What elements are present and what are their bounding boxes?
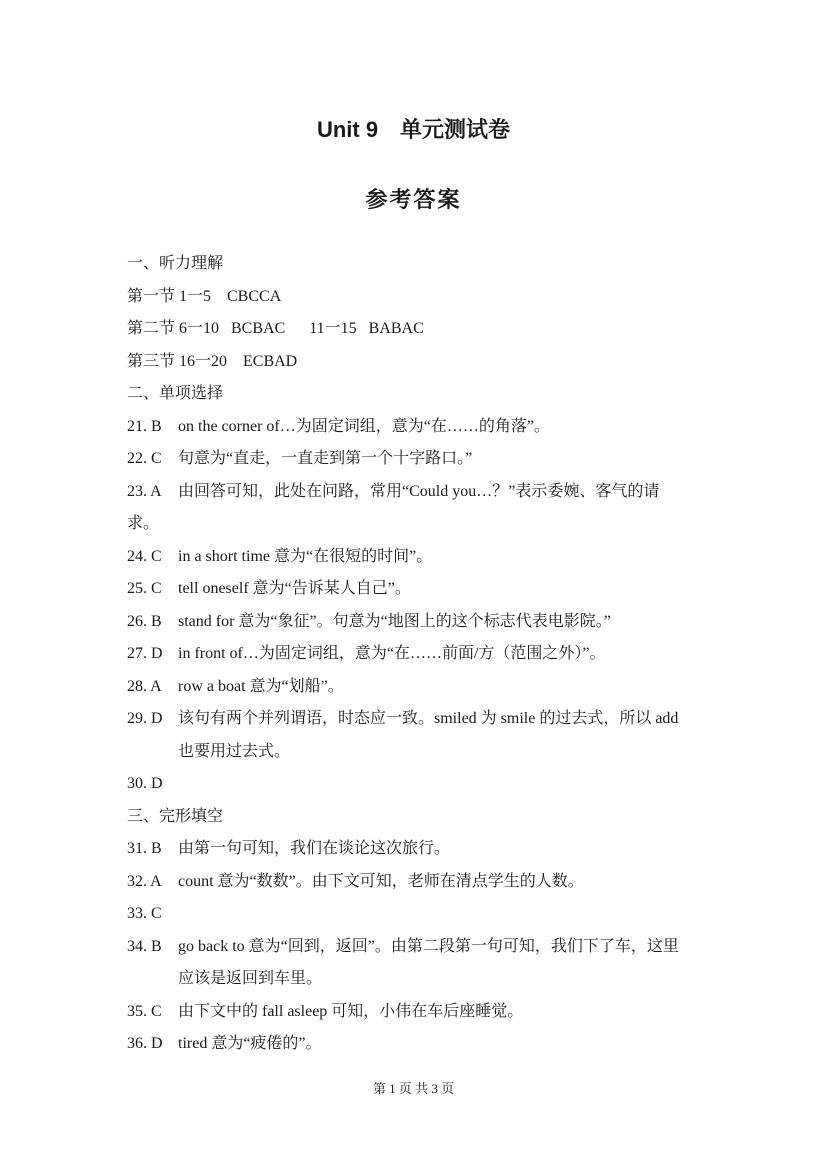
section-heading-cloze: 三、完形填空 (127, 801, 747, 834)
answer-label: 33. C (127, 898, 178, 931)
answer-explanation: count 意为“数数”。由下文可知，老师在清点学生的人数。 (178, 866, 584, 899)
answer-continuation-line: 应该是返回到车里。 (127, 963, 747, 996)
answer-item: 23. A 由回答可知，此处在问路，常用“Could you…？”表示委婉、客气… (127, 476, 747, 509)
answer-label: 28. A (127, 671, 178, 704)
answer-label: 32. A (127, 866, 178, 899)
answer-key-page: Unit 9 单元测试卷 参考答案 一、听力理解 第一节 1一5 CBCCA 第… (0, 0, 827, 1169)
answer-label: 24. C (127, 541, 178, 574)
listening-answer-line: 第一节 1一5 CBCCA (127, 281, 747, 314)
answer-item: 35. C 由下文中的 fall asleep 可知，小伟在车后座睡觉。 (127, 996, 747, 1029)
answer-label: 21. B (127, 411, 178, 444)
answer-label: 25. C (127, 573, 178, 606)
answer-label: 34. B (127, 931, 178, 964)
answer-item: 31. B 由第一句可知，我们在谈论这次旅行。 (127, 833, 747, 866)
answer-label: 23. A (127, 476, 178, 509)
answer-item: 25. C tell oneself 意为“告诉某人自己”。 (127, 573, 747, 606)
answer-label: 26. B (127, 606, 178, 639)
answer-explanation: 由回答可知，此处在问路，常用“Could you…？”表示委婉、客气的请 (178, 476, 659, 509)
answer-explanation: 由第一句可知，我们在谈论这次旅行。 (178, 833, 450, 866)
answer-item: 24. C in a short time 意为“在很短的时间”。 (127, 541, 747, 574)
answer-explanation: stand for 意为“象征”。句意为“地图上的这个标志代表电影院。” (178, 606, 611, 639)
answer-explanation: go back to 意为“回到，返回”。由第二段第一句可知，我们下了车，这里 (178, 931, 679, 964)
answer-item: 33. C (127, 898, 747, 931)
answer-explanation: row a boat 意为“划船”。 (178, 671, 344, 704)
document-body: 一、听力理解 第一节 1一5 CBCCA 第二节 6一10 BCBAC 11一1… (127, 248, 747, 1061)
answer-item: 34. B go back to 意为“回到，返回”。由第二段第一句可知，我们下… (127, 931, 747, 964)
answer-item: 32. A count 意为“数数”。由下文可知，老师在清点学生的人数。 (127, 866, 747, 899)
answer-item: 22. C 句意为“直走，一直走到第一个十字路口。” (127, 443, 747, 476)
section-heading-multiple-choice: 二、单项选择 (127, 378, 747, 411)
answer-label: 36. D (127, 1028, 178, 1061)
answer-item: 26. B stand for 意为“象征”。句意为“地图上的这个标志代表电影院… (127, 606, 747, 639)
answer-item: 30. D (127, 768, 747, 801)
answer-explanation: in front of…为固定词组，意为“在……前面/方（范围之外）”。 (178, 638, 606, 671)
answer-explanation: 该句有两个并列谓语，时态应一致。smiled 为 smile 的过去式，所以 a… (178, 703, 678, 736)
answer-item: 27. D in front of…为固定词组，意为“在……前面/方（范围之外）… (127, 638, 747, 671)
section-heading-listening: 一、听力理解 (127, 248, 747, 281)
page-footer: 第 1 页 共 3 页 (0, 1080, 827, 1098)
answer-continuation-line: 也要用过去式。 (127, 736, 747, 769)
answer-label: 35. C (127, 996, 178, 1029)
answer-explanation: tired 意为“疲倦的”。 (178, 1028, 322, 1061)
listening-answer-line: 第三节 16一20 ECBAD (127, 346, 747, 379)
answer-explanation: tell oneself 意为“告诉某人自己”。 (178, 573, 411, 606)
page-title: Unit 9 单元测试卷 (0, 116, 827, 144)
answer-continuation-line: 求。 (127, 508, 747, 541)
answer-label: 31. B (127, 833, 178, 866)
answer-item: 21. B on the corner of…为固定词组，意为“在……的角落”。 (127, 411, 747, 444)
answer-explanation: 由下文中的 fall asleep 可知，小伟在车后座睡觉。 (178, 996, 523, 1029)
answer-explanation: 句意为“直走，一直走到第一个十字路口。” (178, 443, 472, 476)
answer-explanation: in a short time 意为“在很短的时间”。 (178, 541, 432, 574)
listening-answer-line: 第二节 6一10 BCBAC 11一15 BABAC (127, 313, 747, 346)
answer-item: 36. D tired 意为“疲倦的”。 (127, 1028, 747, 1061)
answer-item: 28. A row a boat 意为“划船”。 (127, 671, 747, 704)
answer-explanation: on the corner of…为固定词组，意为“在……的角落”。 (178, 411, 550, 444)
answer-label: 30. D (127, 768, 178, 801)
page-subtitle: 参考答案 (0, 186, 827, 214)
answer-item: 29. D 该句有两个并列谓语，时态应一致。smiled 为 smile 的过去… (127, 703, 747, 736)
answer-label: 29. D (127, 703, 178, 736)
answer-label: 27. D (127, 638, 178, 671)
answer-label: 22. C (127, 443, 178, 476)
